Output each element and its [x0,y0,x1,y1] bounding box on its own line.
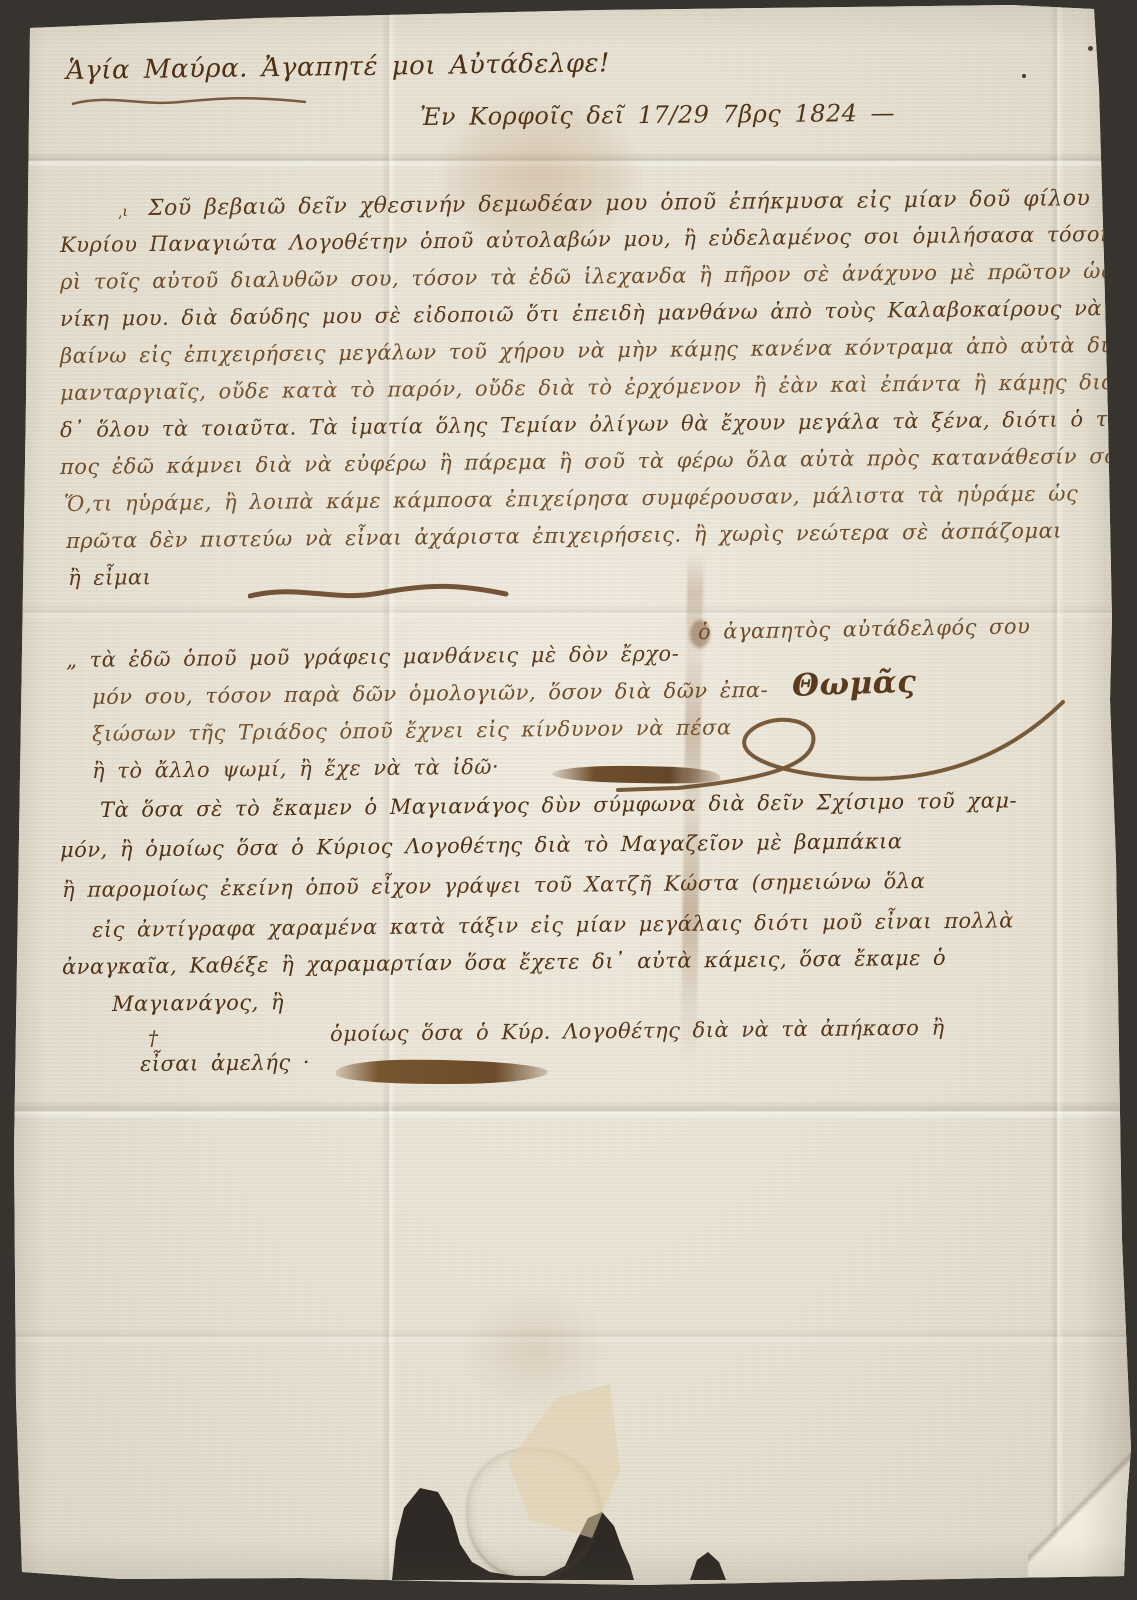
folded-corner [1028,1438,1132,1578]
handwriting-line: ρὶ τοῖς αὐτοῦ διαλυθῶν σου, τόσον τὰ ἐδῶ… [60,258,1137,294]
handwriting-line: πρῶτα δὲν πιστεύω νὰ εἶναι ἀχάριστα ἐπιχ… [66,519,1062,553]
pen-flourish-line [248,580,510,604]
signature-flourish [608,692,1078,802]
handwriting-line: βαίνω εἰς ἐπιχειρήσεις μεγάλων τοῦ χήρου… [60,332,1137,368]
pen-flourish-underline [70,92,310,110]
ink-speck [1088,46,1093,51]
handwriting-line: Ὅ,τι ηὑράμε, ἢ λοιπὰ κάμε κάμποσα ἐπιχεί… [64,481,1078,516]
handwriting-line: πος ἐδῶ κάμνει διὰ νὰ εὐφέρω ἢ πάρεμα ἢ … [60,444,1137,479]
handwriting-line: μόν, ἢ ὁμοίως ὅσα ὁ Κύριος Λογοθέτης διὰ… [60,829,903,862]
handwriting-line: νίκη μου. διὰ δαύδης μου σὲ εἰδοποιῶ ὅτι… [60,296,1137,331]
handwriting-line: ἢ τὸ ἄλλο ψωμί, ἢ ἔχε νὰ τὰ ἰδῶ· [92,755,499,783]
handwriting-line: Σοῦ βεβαιῶ δεῖν χθεσινήν δεμωδέαν μου ὁπ… [148,186,1091,221]
handwriting-line: δ᾽ ὅλου τὰ τοιαῦτα. Τὰ ἱματία ὅλης Τεμία… [60,407,1129,442]
handwriting-line: ἢ εἶμαι [68,565,152,590]
handwriting-line: ἢ παρομοίως ἐκείνη ὁποῦ εἶχον γράψει τοῦ… [62,869,925,902]
place-heading: Ἁγία Μαύρα. Ἀγαπητέ μοι Αὐτάδελφε! [66,48,610,86]
handwriting-line: Μαγιανάγος, ἢ [112,990,284,1016]
handwriting-line: εἶσαι ἀμελής · [140,1050,310,1076]
dateline: Ἐν Κορφοῖς δεῖ 17/29 7βρς 1824 — [420,99,895,131]
handwriting-line: † [148,1026,159,1050]
torn-notch [690,1552,726,1580]
handwriting-line: ἀναγκαῖα, Καθέξε ἢ χαραμαρτίαν ὅσα ἔχετε… [62,946,946,979]
closing-line: ὁ ἀγαπητὸς αὐτάδελφός σου [698,614,1031,644]
scan-background: Ἁγία Μαύρα. Ἀγαπητέ μοι Αὐτάδελφε! Ἐν Κο… [0,0,1137,1600]
handwriting-line: Κυρίου Παναγιώτα Λογοθέτην ὁποῦ αὐτολαβώ… [60,221,1137,257]
fold-crease-lower [0,1100,1137,1120]
handwriting-line: μανταργιαῖς, οὔδε κατὰ τὸ παρόν, οὔδε δι… [60,369,1137,405]
handwriting-line: εἰς ἀντίγραφα χαραμένα κατὰ τάξιν εἰς μί… [92,908,1014,942]
ink-smear [336,1059,548,1085]
handwriting-line: ͵ι [118,204,129,220]
letter-sheet: Ἁγία Μαύρα. Ἀγαπητέ μοι Αὐτάδελφε! Ἐν Κο… [0,0,1137,1600]
handwriting-line: „ τὰ ἐδῶ ὁποῦ μοῦ γράφεις μανθάνεις μὲ δ… [66,642,679,672]
ink-speck [1022,74,1026,78]
handwriting-line: ὁμοίως ὅσα ὁ Κύρ. Λογοθέτης διὰ νὰ τὰ ἀπ… [330,1016,945,1046]
